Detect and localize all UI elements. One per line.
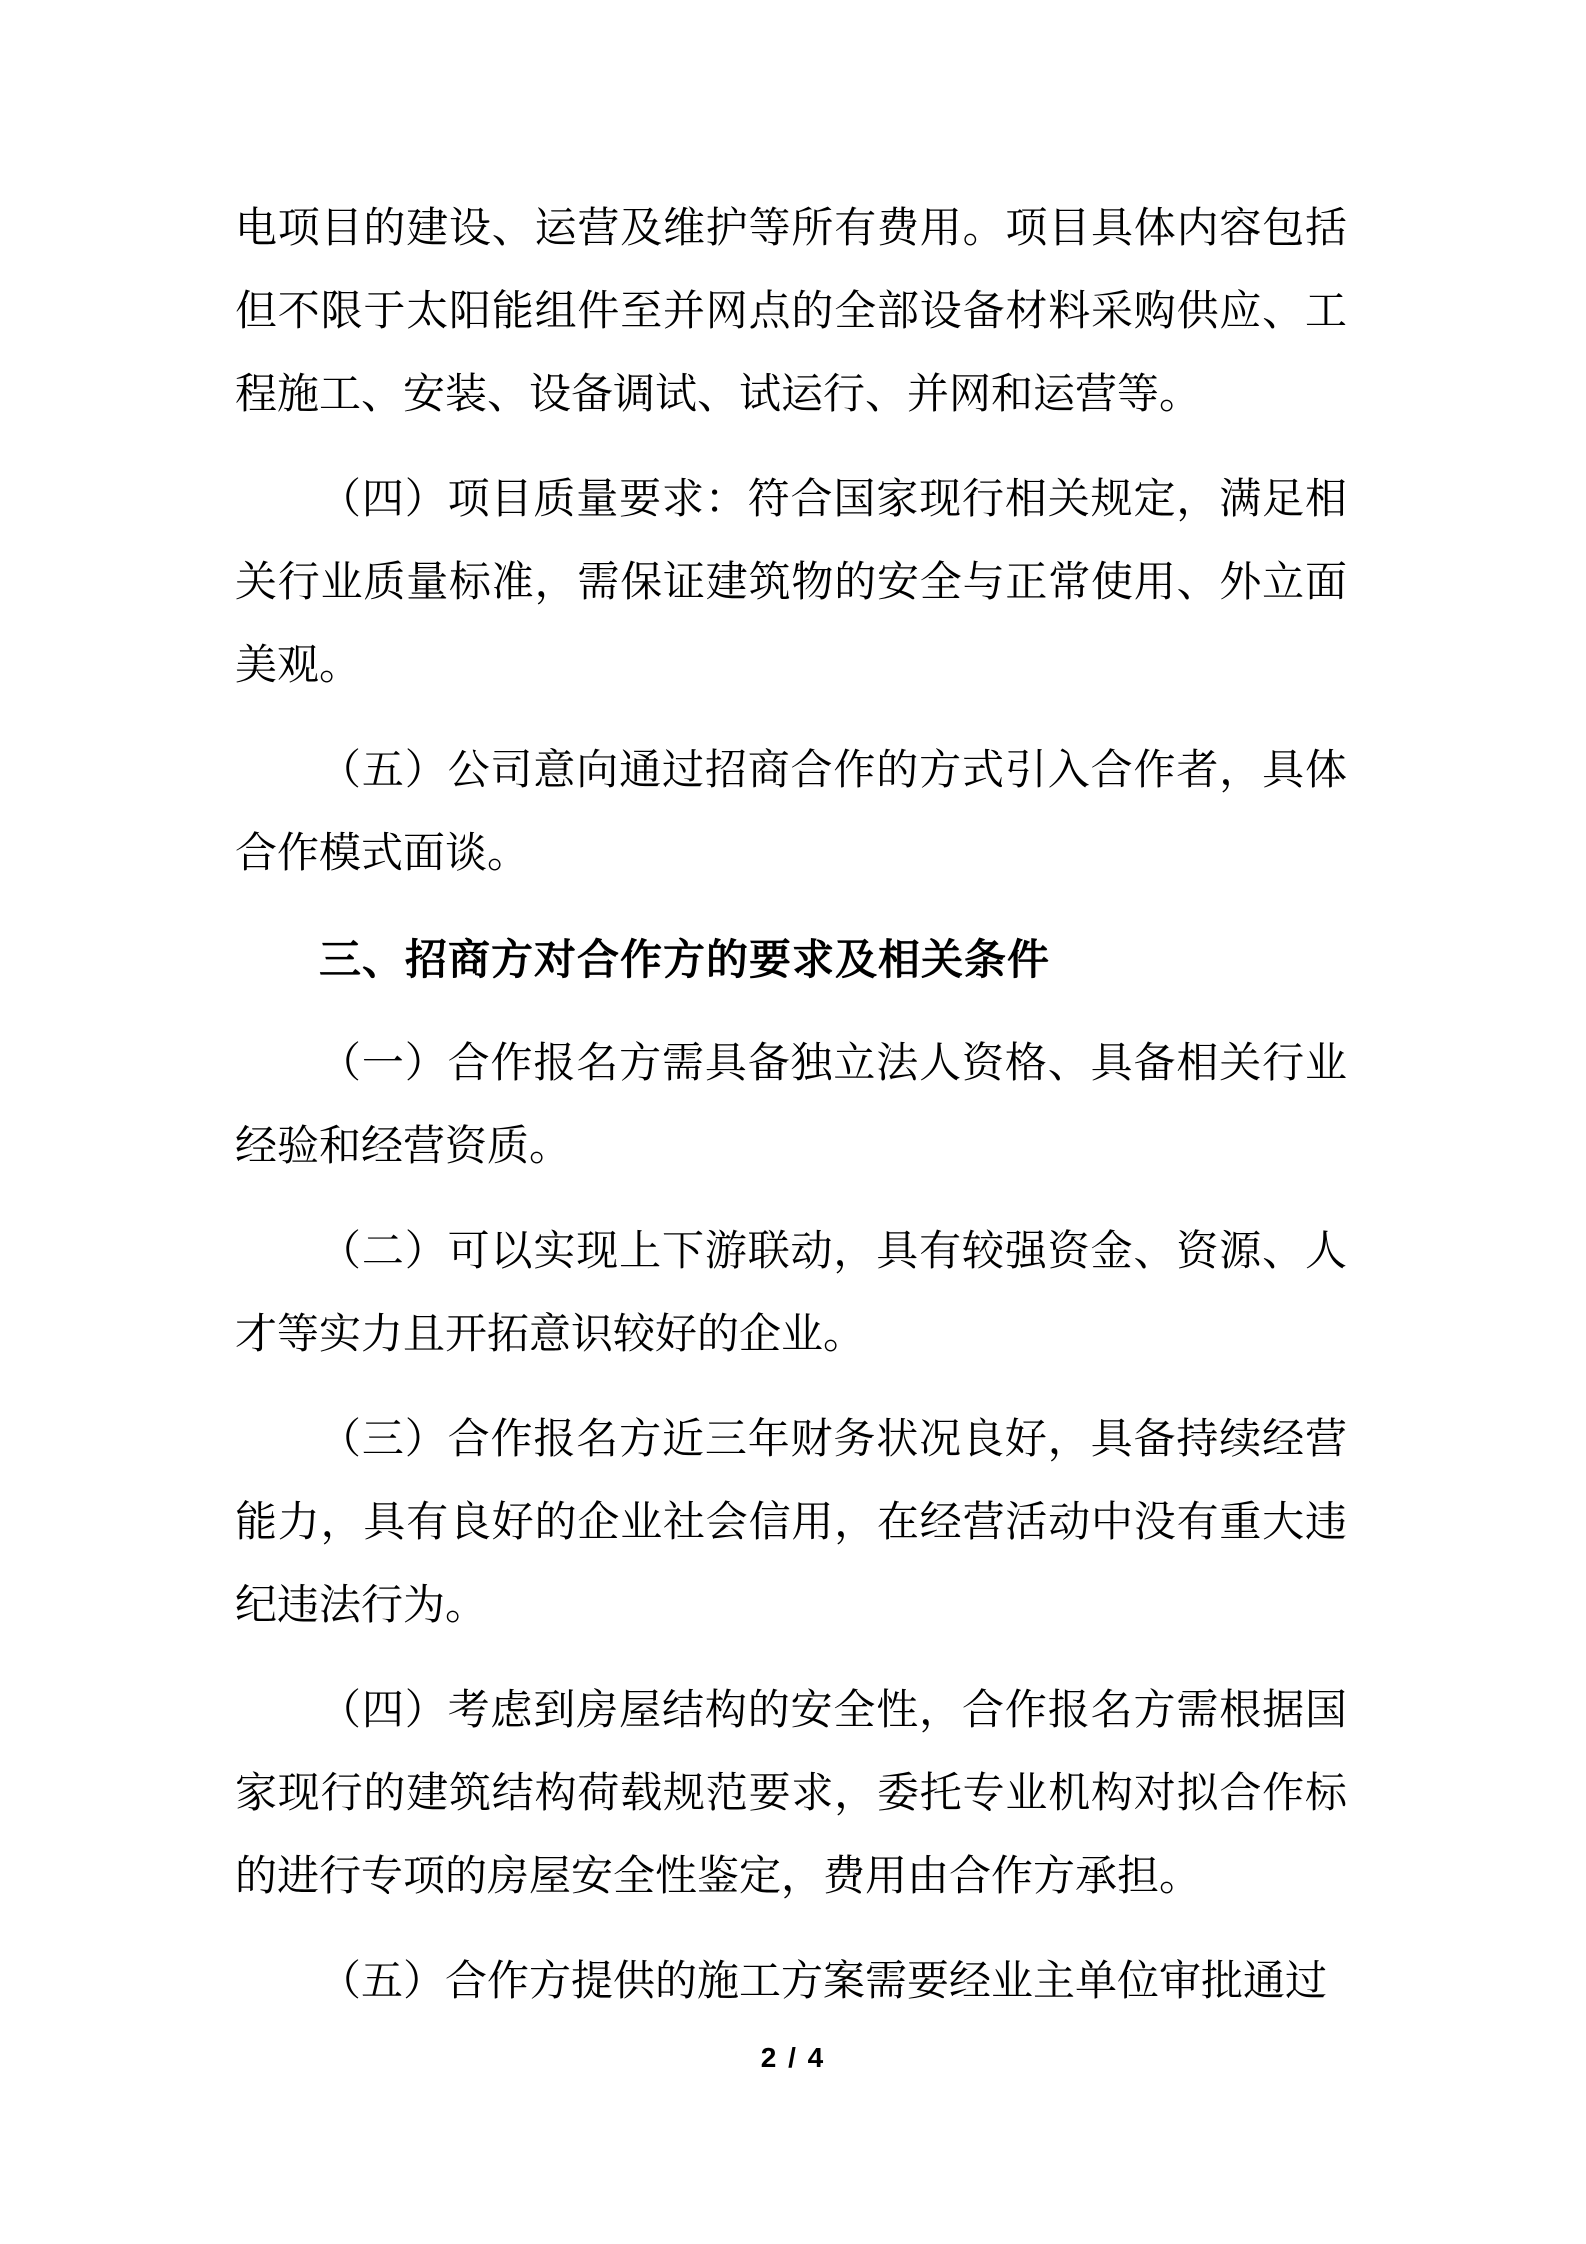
body-paragraph: （四）考虑到房屋结构的安全性，合作报名方需根据国家现行的建筑结构荷载规范要求，委… [235, 1670, 1347, 1919]
page-number: 2 / 4 [761, 2042, 825, 2073]
body-paragraph: （四）项目质量要求：符合国家现行相关规定，满足相关行业质量标准，需保证建筑物的安… [235, 459, 1347, 708]
body-paragraph: （五）公司意向通过招商合作的方式引入合作者，具体合作模式面谈。 [235, 730, 1347, 896]
body-paragraph: （五）合作方提供的施工方案需要经业主单位审批通过 [235, 1941, 1347, 2024]
body-paragraph: 电项目的建设、运营及维护等所有费用。项目具体内容包括但不限于太阳能组件至并网点的… [235, 188, 1347, 437]
body-paragraph: （三）合作报名方近三年财务状况良好，具备持续经营能力，具有良好的企业社会信用，在… [235, 1399, 1347, 1648]
body-paragraph: （一）合作报名方需具备独立法人资格、具备相关行业经验和经营资质。 [235, 1023, 1347, 1189]
document-page: 电项目的建设、运营及维护等所有费用。项目具体内容包括但不限于太阳能组件至并网点的… [0, 0, 1586, 2244]
body-paragraph: （二）可以实现上下游联动，具有较强资金、资源、人才等实力且开拓意识较好的企业。 [235, 1211, 1347, 1377]
section-heading: 三、招商方对合作方的要求及相关条件 [235, 918, 1347, 1001]
document-body: 电项目的建设、运营及维护等所有费用。项目具体内容包括但不限于太阳能组件至并网点的… [235, 188, 1347, 2046]
page-footer: 2 / 4 [0, 2042, 1586, 2074]
